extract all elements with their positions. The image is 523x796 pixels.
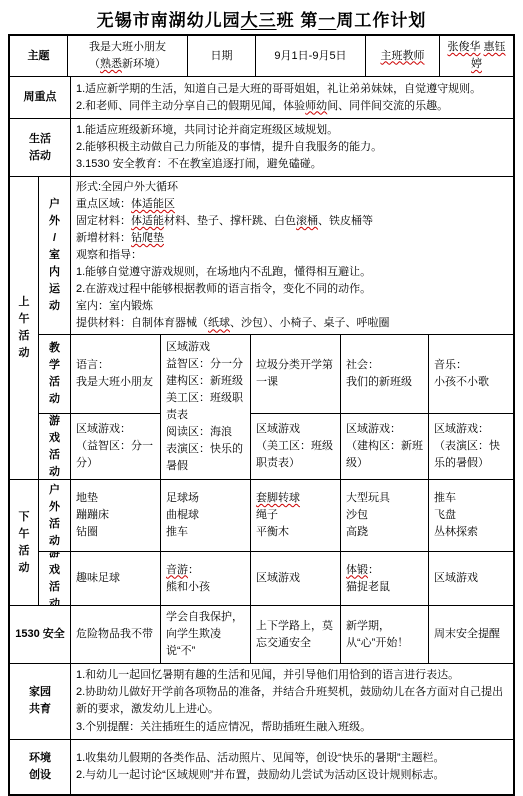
am-games-cell-4: 区域游戏： （建构区：新班级）	[340, 413, 428, 479]
date-value-cell: 9月1日-9月5日	[255, 36, 365, 76]
title-part: 无锡市南湖幼儿园	[97, 11, 241, 30]
pm-games-cell-5: 区域游戏	[428, 551, 513, 605]
pm-outdoor-cell-5: 推车 飞盘 丛林探索	[428, 480, 513, 551]
pm-games-cell-4: 体锻： 猫捉老鼠	[340, 551, 428, 605]
environment-label: 环境 创设	[10, 740, 70, 794]
safety-row: 1530 安全 危险物品我不带 学会自我保护，向学生欺凌说“不” 上下学路上，莫…	[10, 605, 513, 663]
am-section: 上 午 活 动 户外 / 室内 运动 形式:全园户外大循环 重点区域：体适能区 …	[10, 176, 513, 479]
title-class-underlined: 大三	[241, 11, 277, 30]
life-activity-content: 1.能适应班级新环境，共同讨论并商定班级区域规划。 2.能够积极主动做自己力所能…	[70, 119, 513, 176]
safety-label: 1530 安全	[10, 606, 70, 663]
safety-cell-3: 上下学路上，莫忘交通安全	[250, 606, 340, 663]
am-games-sublabel: 游 戏 活 动	[38, 413, 70, 479]
am-games-cell-1: 区域游戏： （益智区：分一分）	[70, 413, 160, 479]
pm-outdoor-cell-3: 套脚转球 绳子 平衡木	[250, 480, 340, 551]
am-games-cell-3: 区域游戏 （美工区：班级职责表）	[250, 413, 340, 479]
title-part: 周工作计划	[336, 11, 426, 30]
safety-cell-1: 危险物品我不带	[70, 606, 160, 663]
environment-row: 环境 创设 1.收集幼儿假期的各类作品、活动照片、见闻等，创设“快乐的暑期”主题…	[10, 739, 513, 794]
pm-outdoor-cell-4: 大型玩具 沙包 高跷	[340, 480, 428, 551]
am-teaching-cell-4: 社会： 我们的新班级	[340, 334, 428, 413]
pm-games-cell-3: 区域游戏	[250, 551, 340, 605]
title-part: 班 第	[277, 11, 319, 30]
pm-outdoor-cell-2: 足球场 曲棍球 推车	[160, 480, 250, 551]
week-focus-label: 周重点	[10, 77, 70, 118]
pm-outdoor-sublabel: 户外 活动	[38, 480, 70, 551]
pm-label: 下 午 活 动	[10, 480, 38, 605]
am-label: 上 午 活 动	[10, 177, 38, 479]
week-focus-row: 周重点 1.适应新学期的生活，知道自己是大班的哥哥姐姐，礼让弟弟妹妹，自觉遵守规…	[10, 76, 513, 118]
title-week-underlined: 一	[318, 11, 336, 30]
pm-outdoor-cell-1: 地垫 蹦蹦床 钻圈	[70, 480, 160, 551]
teacher-label-cell: 主班教师	[365, 36, 439, 76]
environment-content: 1.收集幼儿假期的各类作品、活动照片、见闻等，创设“快乐的暑期”主题栏。 2.与…	[70, 740, 513, 794]
safety-cell-4: 新学期，从“心”开始！	[340, 606, 428, 663]
pm-games-cell-1: 趣味足球	[70, 551, 160, 605]
home-coop-content: 1.和幼儿一起回忆暑期有趣的生活和见闻，并引导他们用恰到的语言进行表达。 2.协…	[70, 664, 513, 738]
am-sports-sublabel: 户外 / 室内 运动	[38, 177, 70, 334]
teacher-value-cell: 张俊华 惠钰婷	[439, 36, 513, 76]
date-label-cell: 日期	[187, 36, 255, 76]
pm-section: 下 午 活 动 户外 活动 地垫 蹦蹦床 钻圈 足球场 曲棍球 推车 套脚转球 …	[10, 479, 513, 605]
header-row: 主题 我是大班小朋友 （熟悉新环境） 日期 9月1日-9月5日 主班教师 张俊华…	[10, 36, 513, 76]
home-coop-label: 家园 共育	[10, 664, 70, 738]
life-activity-row: 生活 活动 1.能适应班级新环境，共同讨论并商定班级区域规划。 2.能够积极主动…	[10, 118, 513, 176]
page-title: 无锡市南湖幼儿园大三班 第一周工作计划	[0, 0, 523, 34]
am-teaching-cell-3: 垃圾分类开学第一课	[250, 334, 340, 413]
am-teaching-language-cell: 语言： 我是大班小朋友	[70, 334, 160, 413]
am-area-games-merged-cell: 区域游戏 益智区：分一分 建构区：新班级 美工区：班级职责表 阅读区：海浪 表演…	[160, 334, 250, 479]
home-coop-row: 家园 共育 1.和幼儿一起回忆暑期有趣的生活和见闻，并引导他们用恰到的语言进行表…	[10, 663, 513, 738]
theme-value-cell: 我是大班小朋友 （熟悉新环境）	[67, 36, 187, 76]
safety-cell-5: 周末安全提醒	[428, 606, 513, 663]
plan-table: 主题 我是大班小朋友 （熟悉新环境） 日期 9月1日-9月5日 主班教师 张俊华…	[8, 34, 515, 796]
am-teaching-sublabel: 教 学 活 动	[38, 334, 70, 413]
theme-label-cell: 主题	[10, 36, 67, 76]
am-sports-content: 形式:全园户外大循环 重点区域：体适能区 固定材料：体适能材料、垫子、撑杆跳、白…	[70, 177, 513, 334]
week-focus-content: 1.适应新学期的生活，知道自己是大班的哥哥姐姐，礼让弟弟妹妹，自觉遵守规则。 2…	[70, 77, 513, 118]
life-activity-label: 生活 活动	[10, 119, 70, 176]
pm-games-cell-2: 音游： 熊和小孩	[160, 551, 250, 605]
am-games-cell-5: 区域游戏： （表演区：快乐的暑假）	[428, 413, 513, 479]
am-teaching-cell-5: 音乐： 小孩不小歌	[428, 334, 513, 413]
safety-cell-2: 学会自我保护，向学生欺凌说“不”	[160, 606, 250, 663]
pm-games-sublabel: 游戏 活动	[38, 551, 70, 605]
